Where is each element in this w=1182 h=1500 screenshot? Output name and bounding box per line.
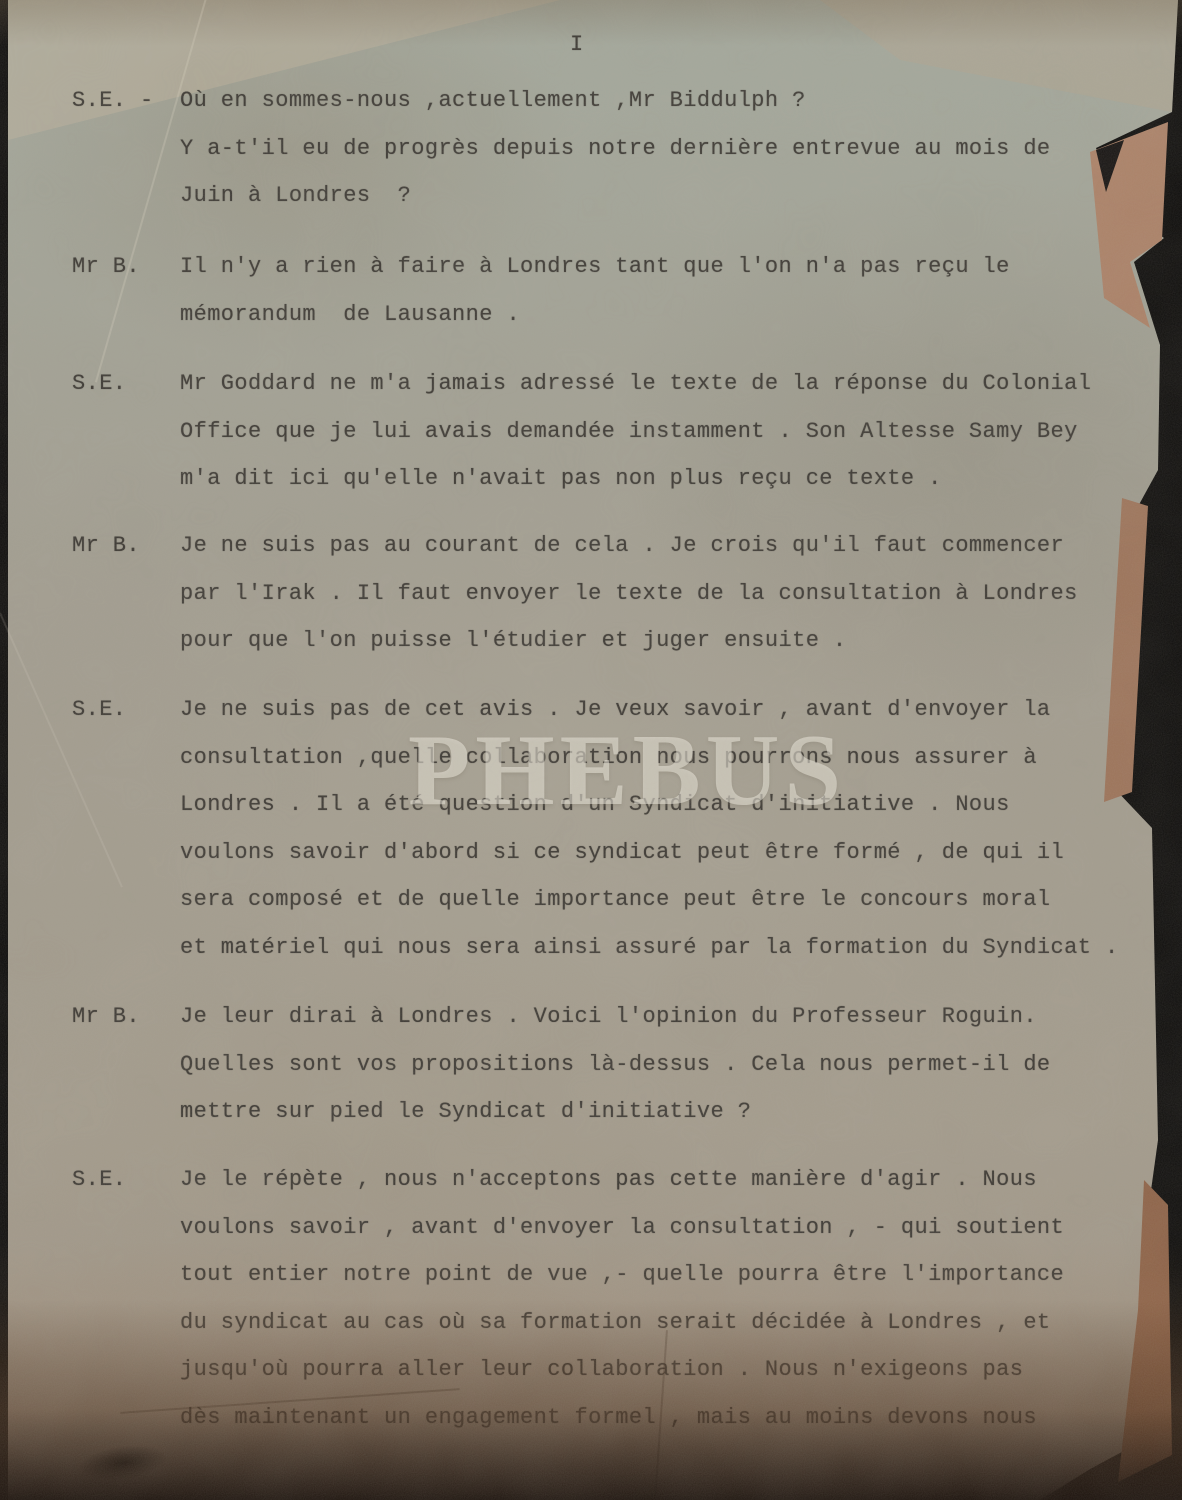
dialogue-line: du syndicat au cas où sa formation serai…	[180, 1299, 1140, 1347]
dialogue-line: Y a-t'il eu de progrès depuis notre dern…	[180, 125, 1140, 173]
dialogue-line: Où en sommes-nous ,actuellement ,Mr Bidd…	[180, 77, 1140, 125]
document-scan: I S.E. -Où en sommes-nous ,actuellement …	[0, 0, 1182, 1500]
speaker-label: Mr B.	[72, 522, 140, 570]
dialogue-line: Juin à Londres ?	[180, 172, 1140, 220]
dialogue-lines: Où en sommes-nous ,actuellement ,Mr Bidd…	[180, 77, 1140, 220]
dialogue-line: voulons savoir , avant d'envoyer la cons…	[180, 1204, 1140, 1252]
dialogue-line: dès maintenant un engagement formel , ma…	[180, 1394, 1140, 1442]
dialogue-line: pour que l'on puisse l'étudier et juger …	[180, 617, 1140, 665]
dialogue-line: jusqu'où pourra aller leur collaboration…	[180, 1346, 1140, 1394]
speaker-label: Mr B.	[72, 993, 140, 1041]
dialogue-line: Je le répète , nous n'acceptons pas cett…	[180, 1156, 1140, 1204]
dialogue-line: tout entier notre point de vue ,- quelle…	[180, 1251, 1140, 1299]
dialogue-line: Je ne suis pas au courant de cela . Je c…	[180, 522, 1140, 570]
dialogue-line: Office que je lui avais demandée instamm…	[180, 408, 1140, 456]
dialogue-line: sera composé et de quelle importance peu…	[180, 876, 1140, 924]
paper-top-shadow	[0, 0, 1182, 46]
dialogue-line: et matériel qui nous sera ainsi assuré p…	[180, 924, 1140, 972]
speaker-label: S.E. -	[72, 77, 154, 125]
dialogue-line: Il n'y a rien à faire à Londres tant que…	[180, 243, 1140, 291]
paper-stain	[76, 1440, 170, 1486]
dialogue-lines: Il n'y a rien à faire à Londres tant que…	[180, 243, 1140, 338]
dialogue-lines: Je le répète , nous n'acceptons pas cett…	[180, 1156, 1140, 1441]
speaker-label: Mr B.	[72, 243, 140, 291]
dialogue-line: voulons savoir d'abord si ce syndicat pe…	[180, 829, 1140, 877]
dialogue-lines: Je leur dirai à Londres . Voici l'opinio…	[180, 993, 1140, 1136]
dialogue-line: Je leur dirai à Londres . Voici l'opinio…	[180, 993, 1140, 1041]
dialogue-line: Mr Goddard ne m'a jamais adressé le text…	[180, 360, 1140, 408]
speaker-label: S.E.	[72, 1156, 126, 1204]
dialogue-line: Quelles sont vos propositions là-dessus …	[180, 1041, 1140, 1089]
speaker-label: S.E.	[72, 686, 126, 734]
dialogue-line: par l'Irak . Il faut envoyer le texte de…	[180, 570, 1140, 618]
page-number: I	[570, 32, 584, 57]
watermark: PHEBUS	[408, 712, 846, 829]
dialogue-line: m'a dit ici qu'elle n'avait pas non plus…	[180, 455, 1140, 503]
dialogue-line: mettre sur pied le Syndicat d'initiative…	[180, 1088, 1140, 1136]
paper-crease	[0, 613, 123, 888]
dialogue-lines: Je ne suis pas au courant de cela . Je c…	[180, 522, 1140, 665]
speaker-label: S.E.	[72, 360, 126, 408]
dialogue-lines: Mr Goddard ne m'a jamais adressé le text…	[180, 360, 1140, 503]
dialogue-line: mémorandum de Lausanne .	[180, 291, 1140, 339]
